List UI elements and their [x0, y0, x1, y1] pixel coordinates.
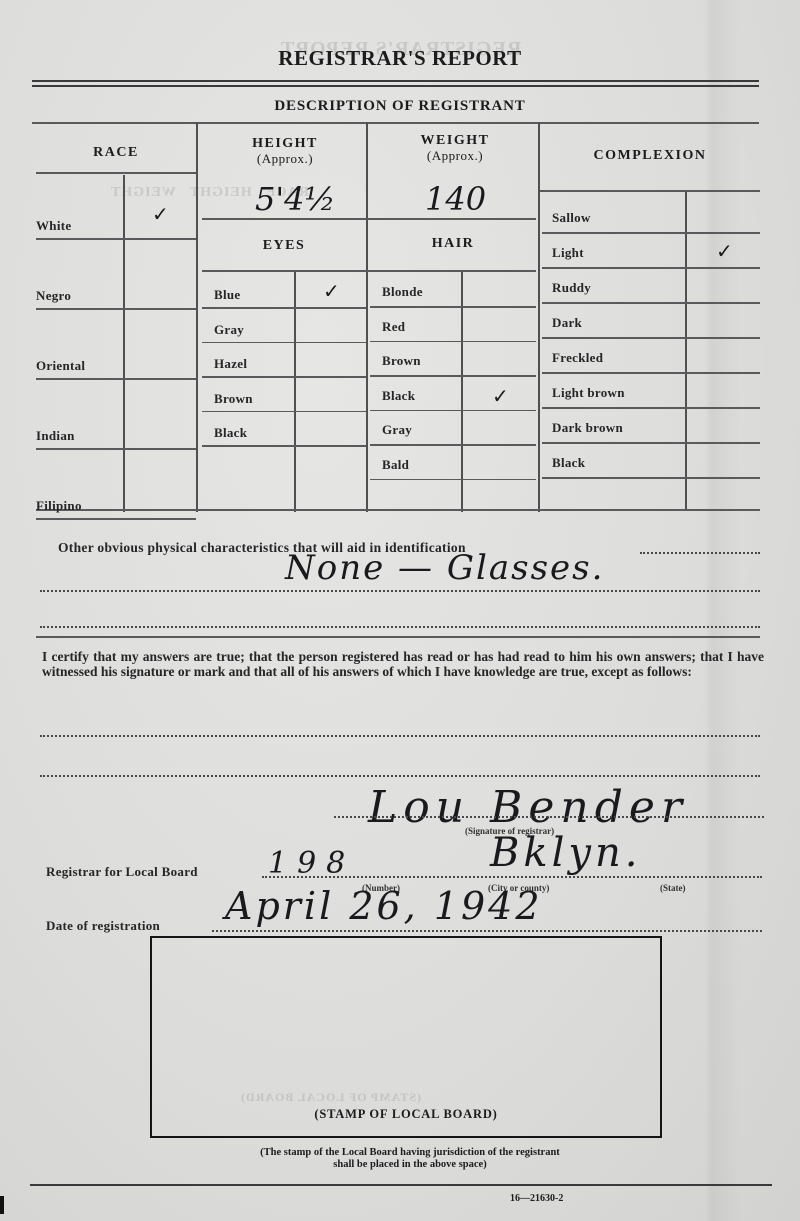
eyes-checkbox-blue[interactable]: ✓ [297, 285, 365, 307]
form-number: 16—21630-2 [510, 1193, 563, 1204]
grid-line [36, 518, 196, 520]
eyes-option-gray: Gray [214, 322, 244, 338]
title-rule [32, 80, 759, 82]
dotted-line [40, 735, 760, 737]
complexion-checkbox-black[interactable] [688, 455, 760, 477]
hair-option-bald: Bald [382, 457, 409, 473]
grid-line [542, 232, 760, 234]
complexion-option-black: Black [552, 455, 585, 471]
complexion-header: COMPLEXION [540, 148, 760, 163]
grid-line [542, 477, 760, 479]
hair-checkbox-brown[interactable] [464, 355, 536, 377]
complexion-checkbox-light[interactable]: ✓ [688, 245, 760, 267]
grid-line [196, 122, 198, 512]
complexion-option-dark-brown: Dark brown [552, 420, 623, 436]
grid-line [542, 302, 760, 304]
grid-line [370, 444, 536, 446]
hair-option-red: Red [382, 319, 405, 335]
eyes-checkbox-hazel[interactable] [297, 354, 365, 376]
grid-line [202, 445, 366, 447]
complexion-checkbox-dark-brown[interactable] [688, 420, 760, 442]
local-board-city[interactable]: Bklyn. [490, 830, 642, 876]
eyes-checkbox-brown[interactable] [297, 389, 365, 411]
race-checkbox-oriental[interactable] [126, 348, 194, 370]
dotted-line [40, 626, 760, 628]
grid-line [202, 270, 536, 272]
grid-line [36, 172, 196, 174]
grid-line [540, 190, 760, 192]
grid-line [370, 306, 536, 308]
grid-line [370, 410, 536, 412]
state-caption: (State) [660, 883, 686, 893]
hair-checkbox-red[interactable] [464, 321, 536, 343]
grid-line [461, 272, 463, 512]
weight-value: 140 [425, 180, 486, 218]
grid-line [202, 307, 366, 309]
hair-checkbox-bald[interactable] [464, 459, 536, 481]
hair-checkbox-gray[interactable] [464, 424, 536, 446]
hair-checkbox-blonde[interactable] [464, 286, 536, 308]
grid-line [542, 407, 760, 409]
check-mark-icon: ✓ [152, 202, 169, 226]
grid-line [542, 372, 760, 374]
registration-date-label: Date of registration [46, 918, 160, 934]
check-mark-icon: ✓ [492, 384, 509, 408]
grid-line [202, 218, 536, 220]
complexion-checkbox-freckled[interactable] [688, 350, 760, 372]
race-header: RACE [36, 145, 196, 160]
complexion-option-light-brown: Light brown [552, 385, 625, 401]
grid-line [370, 341, 536, 343]
signature-line [334, 816, 764, 818]
eyes-checkbox-gray[interactable] [297, 320, 365, 342]
grid-line [542, 337, 760, 339]
grid-line [36, 448, 196, 450]
section-title: DESCRIPTION OF REGISTRANT [0, 98, 800, 115]
weight-header: WEIGHT(Approx.) [370, 133, 540, 163]
race-checkbox-indian[interactable] [126, 418, 194, 440]
eyes-checkbox-black[interactable] [297, 423, 365, 445]
hair-option-brown: Brown [382, 353, 421, 369]
dotted-line [640, 552, 760, 554]
height-header: HEIGHT(Approx.) [200, 136, 370, 166]
race-option-white: White [36, 218, 71, 234]
eyes-option-hazel: Hazel [214, 356, 247, 372]
complexion-option-dark: Dark [552, 315, 582, 331]
title-rule [32, 85, 759, 87]
stamp-box: (STAMP OF LOCAL BOARD) [150, 936, 662, 1138]
race-option-indian: Indian [36, 428, 75, 444]
registration-date-value[interactable]: April 26, 1942 [225, 884, 543, 928]
hair-option-blonde: Blonde [382, 284, 423, 300]
complexion-option-sallow: Sallow [552, 210, 591, 226]
stamp-label: (STAMP OF LOCAL BOARD) [152, 1107, 660, 1122]
complexion-checkbox-sallow[interactable] [688, 210, 760, 232]
dotted-line [262, 876, 762, 878]
check-mark-icon: ✓ [323, 279, 340, 303]
dotted-line [212, 930, 762, 932]
grid-line [370, 375, 536, 377]
height-value: 5'4½ [255, 180, 336, 218]
complexion-checkbox-ruddy[interactable] [688, 280, 760, 302]
grid-line [123, 175, 125, 512]
hair-header: HAIR [370, 236, 536, 251]
table-top-border [32, 122, 759, 124]
grid-line [202, 411, 366, 413]
page-title: REGISTRAR'S REPORT [0, 46, 800, 71]
race-checkbox-filipino[interactable] [126, 488, 194, 510]
section-rule [36, 636, 760, 638]
race-option-negro: Negro [36, 288, 71, 304]
eyes-header: EYES [202, 238, 366, 253]
dotted-line [40, 590, 760, 592]
complexion-option-light: Light [552, 245, 584, 261]
eyes-option-blue: Blue [214, 287, 240, 303]
grid-line [202, 342, 366, 344]
dotted-line [40, 775, 760, 777]
race-option-filipino: Filipino [36, 498, 82, 514]
grid-line [542, 267, 760, 269]
grid-line [36, 238, 196, 240]
complexion-option-ruddy: Ruddy [552, 280, 591, 296]
local-board-label: Registrar for Local Board [46, 864, 198, 880]
other-characteristics-value[interactable]: None — Glasses. [285, 548, 604, 588]
race-checkbox-negro[interactable] [126, 278, 194, 300]
eyes-option-brown: Brown [214, 391, 253, 407]
grid-line [202, 376, 366, 378]
grid-line [685, 192, 687, 510]
bottom-rule [30, 1184, 772, 1186]
stamp-note: (The stamp of the Local Board having jur… [140, 1147, 680, 1171]
grid-line [36, 378, 196, 380]
complexion-checkbox-light-brown[interactable] [688, 385, 760, 407]
grid-line [36, 308, 196, 310]
grid-line [370, 479, 536, 481]
certification-text: I certify that my answers are true; that… [42, 649, 764, 679]
hair-option-gray: Gray [382, 422, 412, 438]
eyes-option-black: Black [214, 425, 247, 441]
hair-option-black: Black [382, 388, 415, 404]
race-checkbox-white[interactable]: ✓ [126, 208, 194, 230]
complexion-checkbox-dark[interactable] [688, 315, 760, 337]
grid-line [542, 442, 760, 444]
grid-line [538, 122, 540, 512]
complexion-option-freckled: Freckled [552, 350, 603, 366]
check-mark-icon: ✓ [716, 239, 733, 263]
page-edge-mark [0, 1196, 4, 1214]
race-option-oriental: Oriental [36, 358, 85, 374]
hair-checkbox-black[interactable]: ✓ [464, 390, 536, 412]
grid-line [366, 122, 368, 512]
